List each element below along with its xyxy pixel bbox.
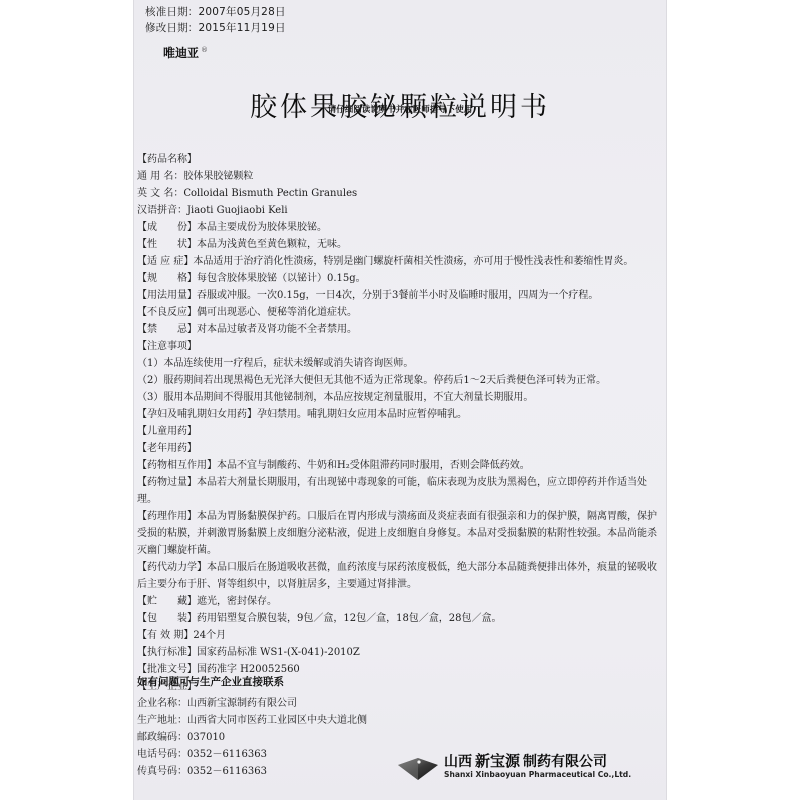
section-pharmacokinetics: 【药代动力学】本品口服后在肠道吸收甚微，血药浓度与尿药浓度极低，绝大部分本品随粪…: [137, 559, 661, 593]
section-adverse-reactions: 【不良反应】偶可出现恶心、便秘等消化道症状。: [137, 304, 661, 321]
approval-date: 核准日期：2007年05月28日: [145, 4, 286, 19]
section-indications: 【适 应 症】本品适用于治疗消化性溃疡，特别是幽门螺旋杆菌相关性溃疡，亦可用于慢…: [137, 253, 661, 270]
section-precautions: 【注意事项】: [137, 338, 661, 355]
section-packaging: 【包 装】药用铝塑复合膜包装，9包／盒，12包／盒，18包／盒，28包／盒。: [137, 610, 661, 627]
company-footer: 山西新宝源制药有限公司 Shanxi Xinbaoyuan Pharmaceut…: [398, 750, 668, 790]
leaflet-page: 核准日期：2007年05月28日 修改日期：2015年11月19日 唯迪亚® 胶…: [133, 0, 667, 800]
company-name-cn: 山西新宝源制药有限公司: [444, 750, 607, 771]
section-storage: 【贮 藏】遮光，密封保存。: [137, 593, 661, 610]
section-pediatric: 【儿童用药】: [137, 423, 661, 440]
precaution-1: （1）本品连续使用一疗程后，症状未缓解或消失请咨询医师。: [137, 355, 661, 372]
section-pharmacology: 【药理作用】本品为胃肠黏膜保护药。口服后在胃内形成与溃疡面及炎症表面有很强亲和力…: [137, 508, 661, 559]
section-description: 【性 状】本品为浅黄色至黄色颗粒，无味。: [137, 236, 661, 253]
section-specification: 【规 格】每包含胶体果胶铋（以铋计）0.15g。: [137, 270, 661, 287]
section-contraindications: 【禁 忌】对本品过敏者及肾功能不全者禁用。: [137, 321, 661, 338]
pinyin-name: 汉语拼音：Jiaoti Guojiaobi Keli: [137, 202, 661, 219]
postal-code: 邮政编码：037010: [137, 729, 661, 746]
company-brand: 新宝源: [475, 752, 520, 770]
company-address: 生产地址：山西省大同市医药工业园区中央大道北侧: [137, 712, 661, 729]
company-name-en: Shanxi Xinbaoyuan Pharmaceutical Co.,Ltd…: [444, 770, 631, 779]
company-suffix: 制药有限公司: [523, 754, 607, 770]
brand-text: 唯迪亚: [163, 46, 199, 60]
section-shelf-life: 【有 效 期】24个月: [137, 627, 661, 644]
section-drug-name: 【药品名称】: [137, 151, 661, 168]
registered-mark-icon: ®: [201, 46, 208, 54]
precaution-3: （3）服用本品期间不得服用其他铋制剂，本品应按规定剂量服用，不宜大剂量长期服用。: [137, 389, 661, 406]
section-standard: 【执行标准】国家药品标准 WS1-(X-041)-2010Z: [137, 644, 661, 661]
document-subtitle: 请仔细阅读说明书并在医师指导下使用: [133, 103, 667, 115]
diamond-logo-icon: [398, 754, 438, 780]
company-name: 企业名称：山西新宝源制药有限公司: [137, 695, 661, 712]
generic-name: 通 用 名：胶体果胶铋颗粒: [137, 168, 661, 185]
precaution-2: （2）服药期间若出现黑褐色无光泽大便但无其他不适为正常现象。停药后1～2天后粪便…: [137, 372, 661, 389]
revision-date: 修改日期：2015年11月19日: [145, 20, 286, 35]
section-ingredients: 【成 份】本品主要成份为胶体果胶铋。: [137, 219, 661, 236]
section-dosage: 【用法用量】吞服或冲服。一次0.15g，一日4次，分别于3餐前半小时及临睡时服用…: [137, 287, 661, 304]
section-interactions: 【药物相互作用】本品不宜与制酸药、牛奶和H₂受体阻滞药同时服用，否则会降低药效。: [137, 457, 661, 474]
brand-name: 唯迪亚®: [163, 44, 208, 61]
english-name: 英 文 名：Colloidal Bismuth Pectin Granules: [137, 185, 661, 202]
contact-note: 如有问题可与生产企业直接联系: [137, 674, 284, 689]
section-geriatric: 【老年用药】: [137, 440, 661, 457]
company-region: 山西: [444, 754, 472, 770]
section-overdose: 【药物过量】本品若大剂量长期服用，有出现铋中毒现象的可能，临床表现为皮肤为黑褐色…: [137, 474, 661, 508]
section-pregnancy: 【孕妇及哺乳期妇女用药】孕妇禁用。哺乳期妇女应用本品时应暂停哺乳。: [137, 406, 661, 423]
